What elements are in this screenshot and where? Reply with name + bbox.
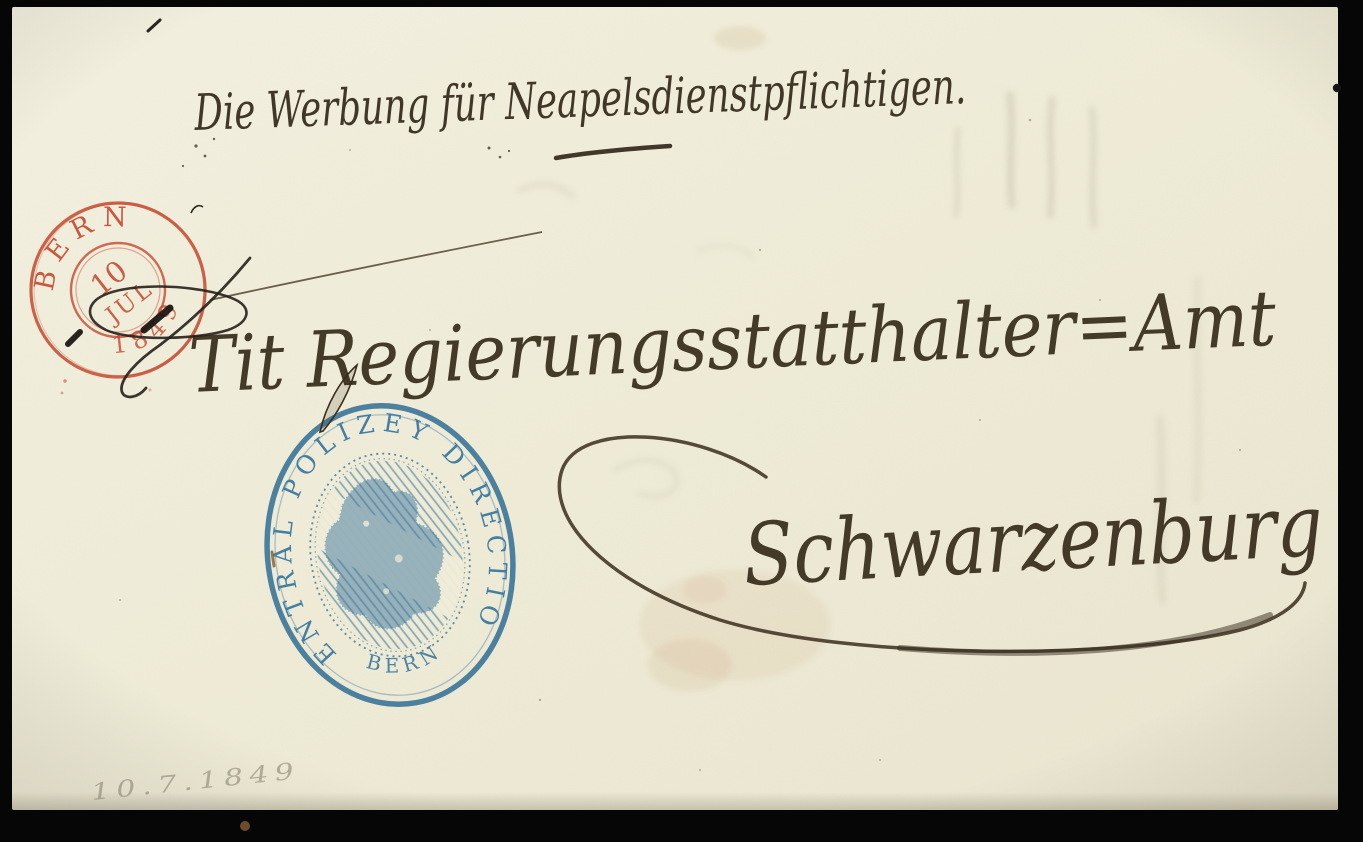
- stamp-edge-fleck: [272, 552, 274, 566]
- paper-bottom-shadow: [12, 792, 1338, 810]
- stain-spot: [683, 576, 727, 604]
- ink-dot: [1333, 84, 1341, 92]
- stain-spot: [714, 26, 766, 50]
- stain-spot: [648, 639, 732, 691]
- scanned-postal-cover: BERN 1849 10 JUL CENTRAL POLIZEY DIRECTI…: [0, 0, 1363, 842]
- foxing-dot: [240, 821, 250, 831]
